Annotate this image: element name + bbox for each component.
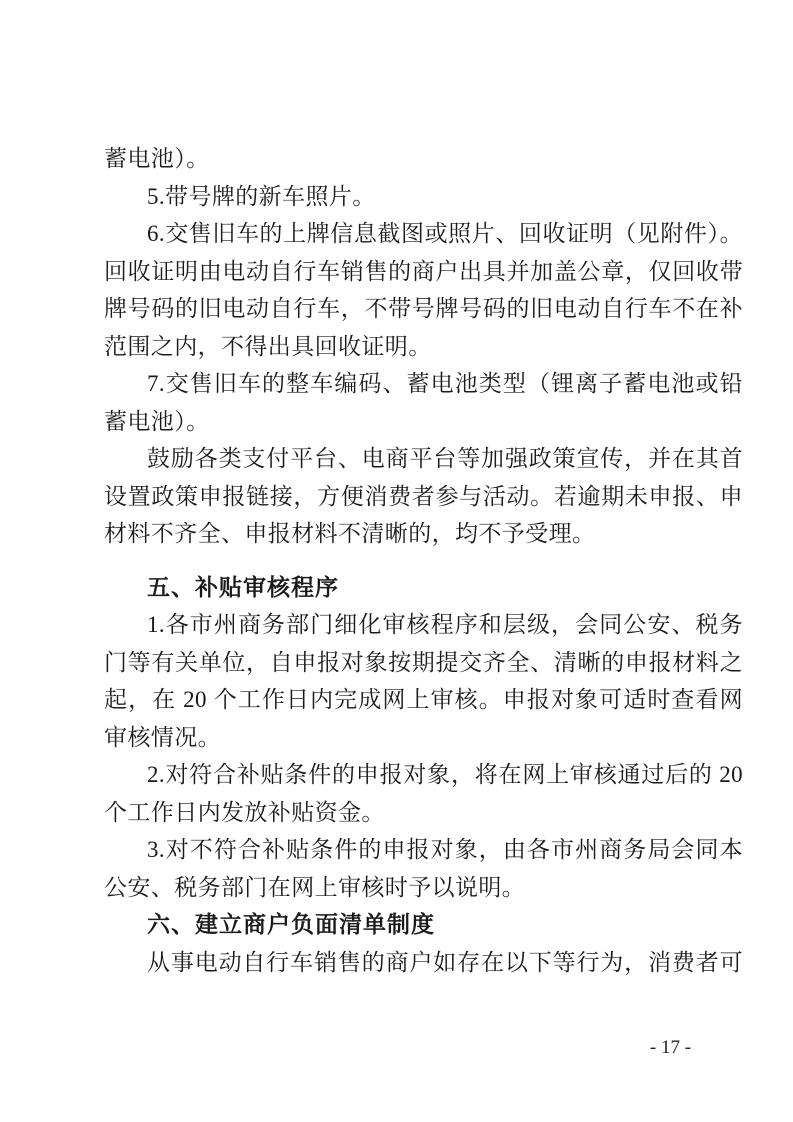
document-line: 从事电动自行车销售的商户如存在以下等行为，消费者可反 — [104, 944, 743, 982]
document-line: 材料不齐全、申报材料不清晰的，均不予受理。 — [104, 515, 743, 553]
document-line: 审核情况。 — [104, 719, 743, 757]
document-body: 蓄电池）。 5.带号牌的新车照片。 6.交售旧车的上牌信息截图或照片、回收证明（… — [104, 140, 743, 981]
page-number: - 17 - — [620, 1036, 721, 1060]
document-line: 范围之内，不得出具回收证明。 — [104, 328, 743, 366]
document-line: 蓄电池）。 — [104, 140, 743, 178]
document-line: 起，在 20 个工作日内完成网上审核。申报对象可适时查看网上 — [104, 681, 743, 719]
document-page: 蓄电池）。 5.带号牌的新车照片。 6.交售旧车的上牌信息截图或照片、回收证明（… — [0, 0, 793, 1122]
document-line: 1.各市州商务部门细化审核程序和层级，会同公安、税务部 — [104, 606, 743, 644]
document-line: 鼓励各类支付平台、电商平台等加强政策宣传，并在其首页 — [104, 440, 743, 478]
document-line: 公安、税务部门在网上审核时予以说明。 — [104, 869, 743, 907]
document-line: 6.交售旧车的上牌信息截图或照片、回收证明（见附件）。 — [104, 215, 743, 253]
document-line: 2.对符合补贴条件的申报对象，将在网上审核通过后的 20 — [104, 756, 743, 794]
section-heading: 五、补贴审核程序 — [104, 569, 743, 607]
section-heading: 六、建立商户负面清单制度 — [104, 906, 743, 944]
document-line: 设置政策申报链接，方便消费者参与活动。若逾期未申报、申报 — [104, 478, 743, 516]
document-line: 回收证明由电动自行车销售的商户出具并加盖公章，仅回收带号 — [104, 253, 743, 291]
document-line: 3.对不符合补贴条件的申报对象，由各市州商务局会同本地 — [104, 831, 743, 869]
document-line: 个工作日内发放补贴资金。 — [104, 794, 743, 832]
document-line: 5.带号牌的新车照片。 — [104, 178, 743, 216]
document-line: 蓄电池）。 — [104, 403, 743, 441]
document-line: 7.交售旧车的整车编码、蓄电池类型（锂离子蓄电池或铅酸 — [104, 365, 743, 403]
document-line: 门等有关单位，自申报对象按期提交齐全、清晰的申报材料之日 — [104, 644, 743, 682]
document-line: 牌号码的旧电动自行车，不带号牌号码的旧电动自行车不在补贴 — [104, 290, 743, 328]
